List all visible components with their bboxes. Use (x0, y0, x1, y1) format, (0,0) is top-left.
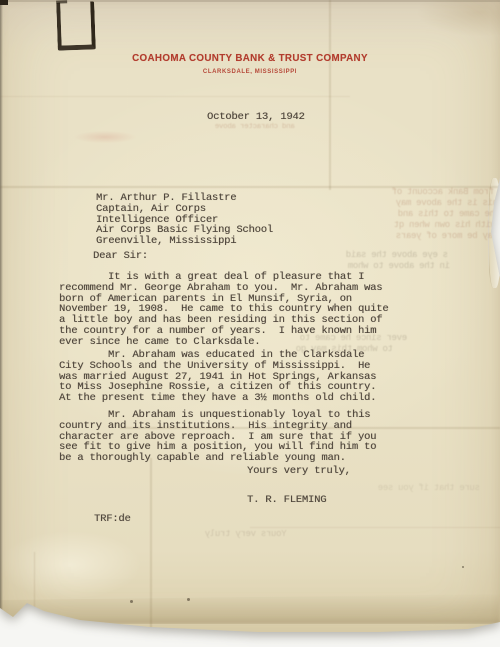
bleed-through-text: and character above (215, 123, 295, 131)
letter-date: October 13, 1942 (207, 112, 305, 123)
letter-paper: COAHOMA COUNTY BANK & TRUST COMPANY CLAR… (0, 0, 500, 647)
bleed-through-text: Yours very truly (205, 529, 287, 539)
body-line: recommend Mr. George Abraham to you. Mr.… (59, 283, 388, 294)
bottom-edge-shadow (0, 594, 500, 624)
fold-crease-horizontal-faint (0, 96, 350, 97)
fold-crease-vertical-left (34, 552, 35, 622)
corner-ink-speck (0, 0, 8, 5)
body-line: At the present time they have a 3½ month… (59, 393, 376, 404)
recipient-rank: Captain, Air Corps (96, 204, 273, 215)
paper-speck (187, 598, 190, 601)
bleed-through-text: in the above to whom (348, 261, 450, 271)
typist-reference: TRF:de (94, 514, 131, 525)
bleed-through-text: s eye above the said (346, 250, 448, 260)
bleed-through-text: to whom this may go (296, 344, 393, 354)
bleed-through-text: may be more of years (396, 231, 498, 241)
scan-edge-left (0, 0, 3, 610)
bleed-through-text: with his own when qt (394, 220, 496, 230)
paper-speck (462, 566, 464, 568)
bleed-through-text: this is the above may (396, 198, 500, 208)
bleed-through-text: from Bank account of (392, 187, 494, 197)
signature-name: T. R. FLEMING (247, 495, 326, 506)
fold-crease-vertical-top (329, 0, 331, 190)
bleed-through-text: ever since he came to (300, 333, 407, 343)
ink-bracket-mark (56, 1, 96, 50)
bleed-through-text: he came to this and (398, 209, 495, 219)
paper-shadow-wrap: COAHOMA COUNTY BANK & TRUST COMPANY CLAR… (0, 0, 500, 647)
paper-speck (130, 600, 133, 603)
body-paragraph-3: Mr. Abraham is unquestionably loyal to t… (59, 410, 376, 464)
bleed-through-text: sure that if you see (378, 483, 480, 493)
body-paragraph-2: Mr. Abraham was educated in the Clarksda… (59, 350, 376, 404)
fold-crease-horizontal-lower (250, 527, 500, 528)
body-line: be a thoroughly capable and reliable you… (59, 453, 376, 464)
valediction: Yours very truly, (247, 466, 351, 477)
body-line: City Schools and the University of Missi… (59, 361, 376, 372)
recipient-address-block: Mr. Arthur P. Fillastre Captain, Air Cor… (96, 193, 273, 247)
body-line: country and its institutions. His integr… (59, 421, 376, 432)
salutation: Dear Sir: (93, 251, 148, 262)
letterhead-company-name: COAHOMA COUNTY BANK & TRUST COMPANY (0, 53, 500, 64)
letterhead-city-state: CLARKSDALE, MISSISSIPPI (0, 69, 500, 75)
recipient-city-state: Greenville, Mississippi (96, 236, 273, 247)
scanned-letter-image: COAHOMA COUNTY BANK & TRUST COMPANY CLAR… (0, 0, 500, 647)
